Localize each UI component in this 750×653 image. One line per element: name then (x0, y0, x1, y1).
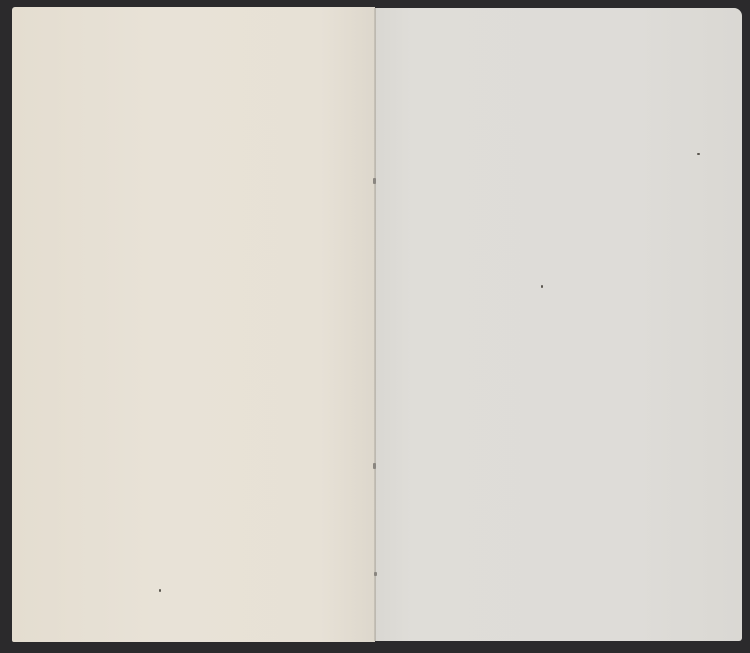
spine-gutter (374, 8, 376, 641)
binding-stitch (373, 178, 376, 184)
paper-speck (541, 285, 543, 288)
binding-stitch (374, 572, 377, 576)
paper-speck (159, 589, 161, 592)
book-spread (0, 0, 750, 653)
left-page (12, 7, 375, 642)
paper-speck (697, 153, 700, 155)
right-page (375, 8, 742, 641)
binding-stitch (373, 463, 376, 469)
